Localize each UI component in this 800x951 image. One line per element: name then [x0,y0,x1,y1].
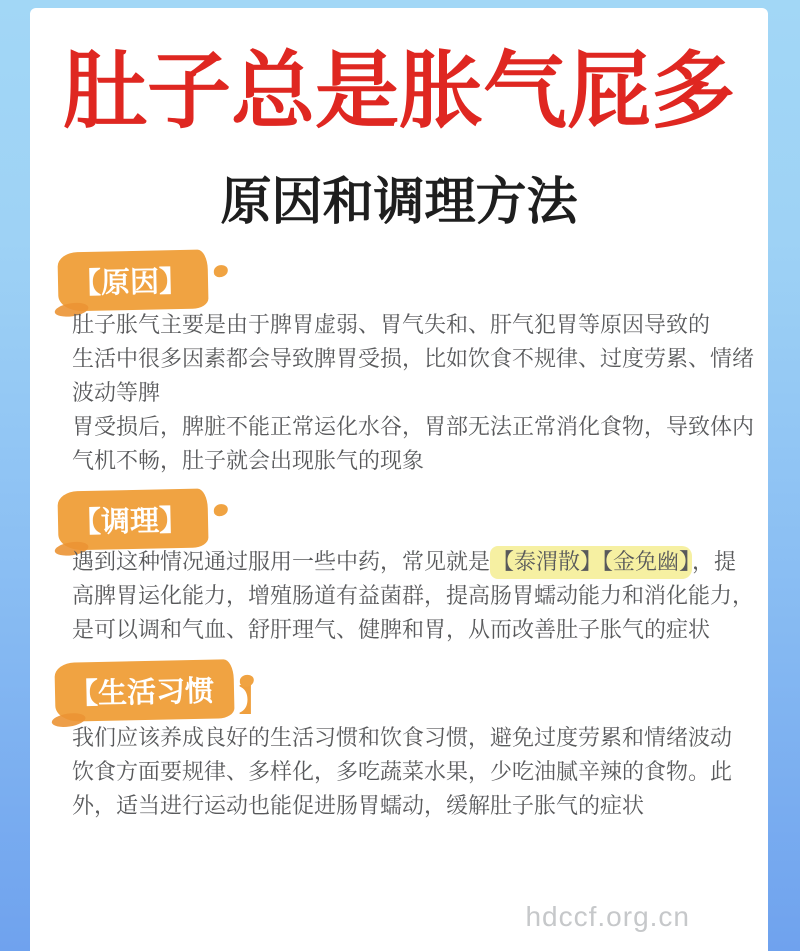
site-watermark: hdccf.org.cn [525,901,690,933]
medicine-names-highlight: 【泰渭散】【金免幽】 [490,546,692,579]
paragraph-lifestyle: 我们应该养成良好的生活习惯和饮食习惯，避免过度劳累和情绪波动 饮食方面要规律、多… [72,721,732,823]
text-line: 生活中很多因素都会导致脾胃受损，比如饮食不规律、过度劳累、情绪 [72,342,754,376]
text-line: 遇到这种情况通过服用一些中药，常见就是【泰渭散】【金免幽】，提 [72,545,754,579]
heading-brush-highlight: 【生活习惯 [54,659,234,722]
text-segment: 遇到这种情况通过服用一些中药，常见就是 [72,549,490,574]
text-line: 是可以调和气血、舒肝理气、健脾和胃，从而改善肚子胀气的症状 [72,613,754,647]
text-line: 饮食方面要规律、多样化，多吃蔬菜水果，少吃油腻辛辣的食物。此 [72,755,732,789]
section-heading-treatment: 【调理】 [58,490,208,549]
heading-brush-highlight: 【原因】 [57,249,208,311]
text-segment: ，提 [692,549,736,574]
text-line: 气机不畅，肚子就会出现胀气的现象 [72,444,754,478]
text-line: 我们应该养成良好的生活习惯和饮食习惯，避免过度劳累和情绪波动 [72,721,732,755]
paragraph-cause: 肚子胀气主要是由于脾胃虚弱、胃气失和、肝气犯胃等原因导致的 生活中很多因素都会导… [72,308,754,478]
content-card: 肚子总是胀气屁多 原因和调理方法 【原因】 肚子胀气主要是由于脾胃虚弱、胃气失和… [30,8,768,951]
text-line: 波动等脾 [72,376,754,410]
section-heading-cause: 【原因】 [58,251,208,310]
heading-brush-highlight: 【调理】 [57,488,208,550]
paragraph-treatment: 遇到这种情况通过服用一些中药，常见就是【泰渭散】【金免幽】，提 高脾胃运化能力，… [72,545,754,647]
page-title: 肚子总是胀气屁多 [30,44,768,138]
page-subtitle: 原因和调理方法 [30,160,768,234]
text-line: 胃受损后，脾脏不能正常运化水谷，胃部无法正常消化食物，导致体内 [72,410,754,444]
section-heading-lifestyle: 【生活习惯】 [55,661,269,720]
text-line: 高脾胃运化能力，增殖肠道有益菌群，提高肠胃蠕动能力和消化能力， [72,579,754,613]
text-line: 肚子胀气主要是由于脾胃虚弱、胃气失和、肝气犯胃等原因导致的 [72,308,754,342]
text-line: 外，适当进行运动也能促进肠胃蠕动，缓解肚子胀气的症状 [72,789,732,823]
